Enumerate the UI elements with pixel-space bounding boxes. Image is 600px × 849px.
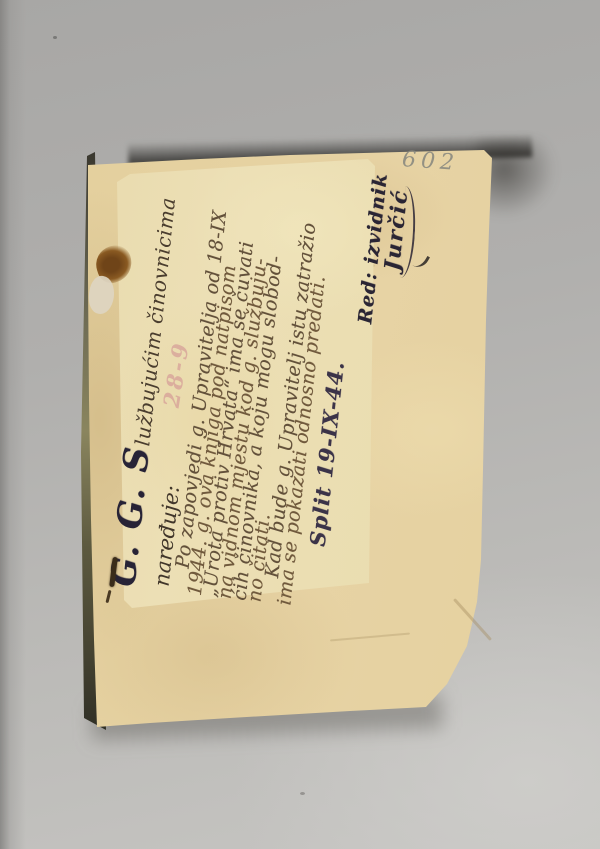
handwritten-inscription: G. G. Službujućim činovnicima naređuje: … <box>97 138 432 616</box>
dust-speck <box>53 36 57 39</box>
dust-speck <box>300 792 305 795</box>
pencil-archival-number: 602 <box>401 147 460 176</box>
